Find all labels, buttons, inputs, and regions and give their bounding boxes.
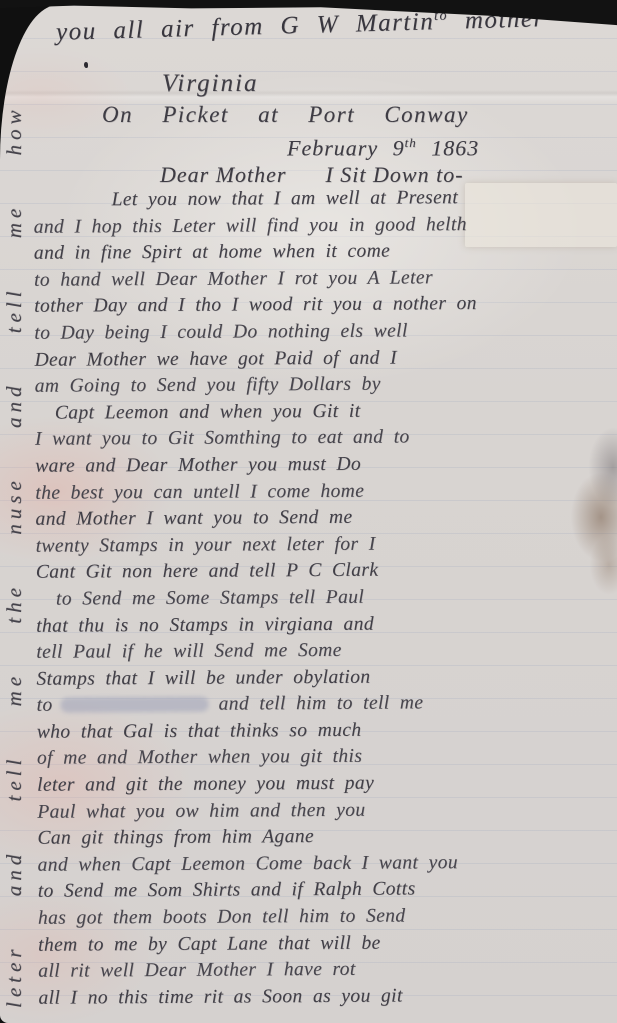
body-line: leter and git the money you must pay: [37, 769, 612, 799]
body-line: Cant Git non here and tell P C Clark: [36, 557, 611, 587]
body-line: to Send me Som Shirts and if Ralph Cotts: [38, 876, 613, 906]
body-line: Paul what you ow him and then you: [37, 796, 612, 826]
body-line: tell Paul if he will Send me Some: [36, 636, 611, 666]
body-line: Let you now that I am well at Present: [111, 184, 608, 214]
letter-photo: you all air from G W Martinto mother Vir…: [0, 0, 617, 1023]
body-line: to hand well Dear Mother I rot you A Let…: [34, 264, 609, 294]
smudge-line-before: to: [37, 695, 53, 716]
heading-date-year: 1863: [417, 135, 480, 160]
body-line: I want you to Git Somthing to eat and to: [35, 424, 610, 454]
body-line: them to me by Capt Lane that will be: [38, 929, 613, 959]
heading-date-superscript: th: [405, 135, 417, 150]
body-line: the best you can untell I come home: [35, 477, 610, 507]
letter-body: Let you now that I am well at Present an…: [33, 184, 613, 1012]
body-line: all I no this time rit as Soon as you gi…: [38, 982, 613, 1012]
body-line: and when Capt Leemon Come back I want yo…: [38, 849, 613, 879]
body-line: am Going to Send you fifty Dollars by: [35, 370, 610, 400]
body-line: Stamps that I will be under obylation: [36, 663, 611, 693]
body-line: Dear Mother we have got Paid of and I: [34, 344, 609, 374]
body-line: Can git things from him Agane: [37, 822, 612, 852]
body-line: twenty Stamps in your next leter for I: [36, 530, 611, 560]
smudge-line-after: and tell him to tell me: [219, 693, 424, 715]
heading-state: Virginia: [162, 70, 259, 98]
margin-note-vertical: leter and tell me the nuse and tell me h…: [2, 23, 27, 1008]
body-line: tother Day and I tho I wood rit you a no…: [34, 291, 609, 321]
salutation: Dear Mother I Sit Down to-: [160, 162, 464, 188]
body-line: and Mother I want you to Send me: [35, 503, 610, 533]
body-line: all rit well Dear Mother I have rot: [38, 955, 613, 985]
body-line: ware and Dear Mother you must Do: [35, 450, 610, 480]
body-line: to Send me Some Stamps tell Paul: [56, 583, 611, 613]
body-line-smudged: toand tell him to tell me: [37, 690, 612, 720]
body-line: who that Gal is that thinks so much: [37, 716, 612, 746]
body-line: of me and Mother when you git this: [37, 743, 612, 773]
body-line: Capt Leemon and when you Git it: [55, 397, 610, 427]
ink-smudge: [61, 697, 209, 713]
heading-location: On Picket at Port Conway: [102, 102, 469, 128]
heading-date-main: February 9: [287, 135, 405, 160]
heading-date: February 9th 1863: [287, 135, 479, 161]
body-line: and I hop this Leter will find you in go…: [34, 211, 609, 241]
ink-dot: [84, 62, 88, 68]
body-line: has got them boots Don tell him to Send: [38, 902, 613, 932]
body-line: that thu is no Stamps in virgiana and: [36, 610, 611, 640]
body-line: and in fine Spirt at home when it come: [34, 237, 609, 267]
body-line: to Day being I could Do nothing els well: [34, 317, 609, 347]
